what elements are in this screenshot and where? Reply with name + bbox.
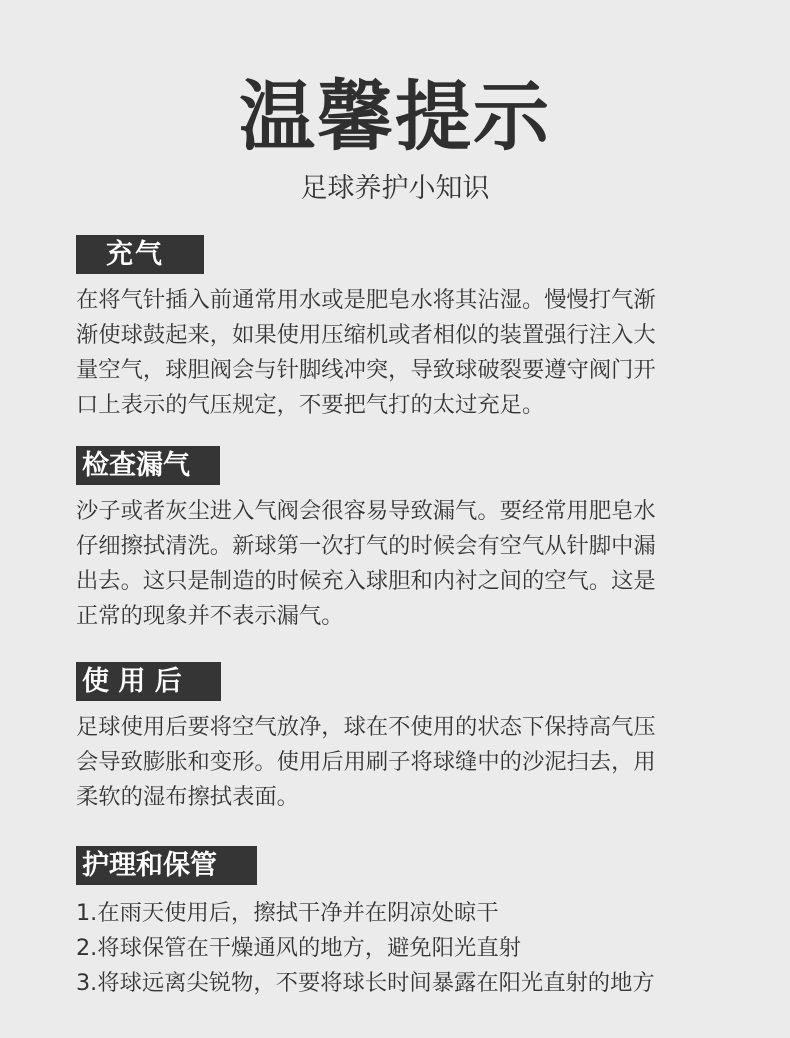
section-body-inflate: 在将气针插入前通常用水或是肥皂水将其沾湿。慢慢打气渐 渐使球鼓起来，如果使用压缩… [76,283,736,423]
list-item: 1.在雨天使用后，擦拭干净并在阴凉处晾干 [76,896,736,931]
section-body-leak-check: 沙子或者灰尘进入气阀会很容易导致漏气。要经常用肥皂水 仔细擦拭清洗。新球第一次打… [76,494,736,634]
paragraph-line: 会导致膨胀和变形。使用后用刷子将球缝中的沙泥扫去，用 [76,745,736,780]
paragraph-line: 量空气，球胆阀会与针脚线冲突，导致球破裂要遵守阀门开 [76,353,736,388]
paragraph-line: 口上表示的气压规定，不要把气打的太过充足。 [76,388,736,423]
section-label-after-use: 使 用 后 [76,662,221,701]
section-body-after-use: 足球使用后要将空气放净，球在不使用的状态下保持高气压 会导致膨胀和变形。使用后用… [76,710,736,815]
paragraph-line: 在将气针插入前通常用水或是肥皂水将其沾湿。慢慢打气渐 [76,283,736,318]
section-label-leak-check: 检查漏气 [76,446,220,485]
section-label-inflate: 充气 [76,235,204,274]
list-item: 2.将球保管在干燥通风的地方，避免阳光直射 [76,931,736,966]
paragraph-line: 渐使球鼓起来，如果使用压缩机或者相似的装置强行注入大 [76,318,736,353]
paragraph-line: 出去。这只是制造的时候充入球胆和内衬之间的空气。这是 [76,564,736,599]
paragraph-line: 正常的现象并不表示漏气。 [76,599,736,634]
page-title: 温馨提示 [0,72,790,162]
page-subtitle: 足球养护小知识 [0,171,790,207]
list-item: 3.将球远离尖锐物，不要将球长时间暴露在阳光直射的地方 [76,966,736,1001]
paragraph-line: 柔软的湿布擦拭表面。 [76,780,736,815]
paragraph-line: 沙子或者灰尘进入气阀会很容易导致漏气。要经常用肥皂水 [76,494,736,529]
paragraph-line: 足球使用后要将空气放净，球在不使用的状态下保持高气压 [76,710,736,745]
section-label-care-storage: 护理和保管 [76,846,257,885]
paragraph-line: 仔细擦拭清洗。新球第一次打气的时候会有空气从针脚中漏 [76,529,736,564]
section-body-care-storage: 1.在雨天使用后，擦拭干净并在阴凉处晾干 2.将球保管在干燥通风的地方，避免阳光… [76,896,736,1001]
